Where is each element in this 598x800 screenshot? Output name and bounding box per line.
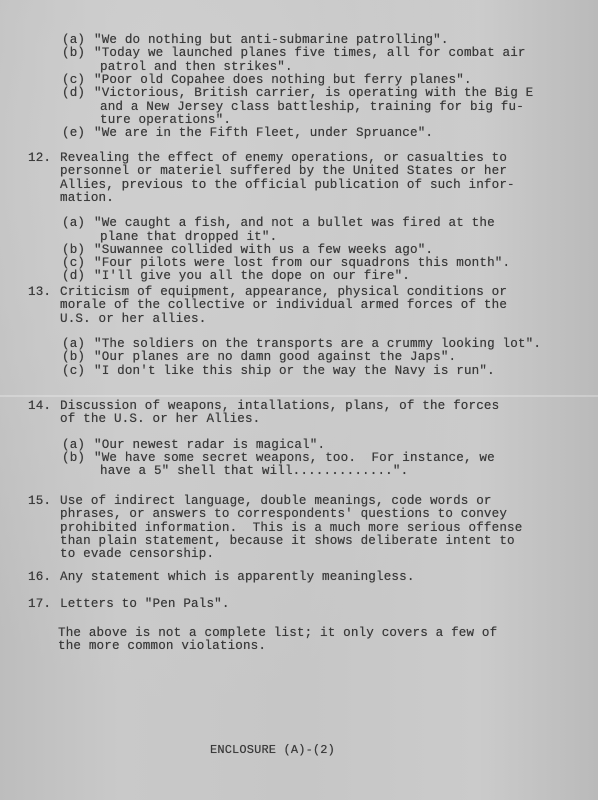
section-text: morale of the collective or individual a… [60, 298, 507, 312]
item-text: patrol and then strikes". [100, 60, 293, 74]
item-label: (a) [62, 216, 85, 230]
item-text: have a 5" shell that will.............". [100, 464, 408, 478]
item-label: (e) [62, 126, 85, 140]
item-label: (a) [62, 438, 85, 452]
enclosure-footer: ENCLOSURE (A)-(2) [210, 743, 335, 757]
closing-note: The above is not a complete list; it onl… [58, 626, 497, 640]
section-text: Revealing the effect of enemy operations… [60, 151, 507, 165]
section-number: 12. [28, 151, 51, 165]
section-text: Criticism of equipment, appearance, phys… [60, 285, 507, 299]
section-text: Any statement which is apparently meanin… [60, 570, 415, 584]
item-label: (a) [62, 337, 85, 351]
item-label: (c) [62, 364, 85, 378]
item-label: (b) [62, 243, 85, 257]
item-label: (b) [62, 46, 85, 60]
section-text: prohibited information. This is a much m… [60, 521, 522, 535]
section-text: Use of indirect language, double meaning… [60, 494, 492, 508]
item-text: "I'll give you all the dope on our fire"… [94, 269, 410, 283]
item-text: "Our newest radar is magical". [94, 438, 325, 452]
section-number: 17. [28, 597, 51, 611]
item-text: "I don't like this ship or the way the N… [94, 364, 495, 378]
section-number: 16. [28, 570, 51, 584]
item-text: plane that dropped it". [100, 230, 277, 244]
section-text: than plain statement, because it shows d… [60, 534, 515, 548]
section-number: 13. [28, 285, 51, 299]
closing-note: the more common violations. [58, 639, 266, 653]
item-text: "Four pilots were lost from our squadron… [94, 256, 510, 270]
section-text: Allies, previous to the official publica… [60, 178, 515, 192]
section-text: phrases, or answers to correspondents' q… [60, 507, 507, 521]
section-text: U.S. or her allies. [60, 312, 206, 326]
item-text: ture operations". [100, 113, 231, 127]
item-text: "Suwannee collided with us a few weeks a… [94, 243, 433, 257]
item-label: (a) [62, 33, 85, 47]
section-number: 14. [28, 399, 51, 413]
paper-fold [0, 395, 598, 397]
item-label: (c) [62, 73, 85, 87]
item-text: "We have some secret weapons, too. For i… [94, 451, 495, 465]
section-text: mation. [60, 191, 114, 205]
item-text: "We are in the Fifth Fleet, under Spruan… [94, 126, 433, 140]
section-text: of the U.S. or her Allies. [60, 412, 260, 426]
item-text: "We do nothing but anti-submarine patrol… [94, 33, 449, 47]
item-label: (d) [62, 86, 85, 100]
item-text: "Our planes are no damn good against the… [94, 350, 456, 364]
item-label: (b) [62, 451, 85, 465]
section-text: Discussion of weapons, intallations, pla… [60, 399, 499, 413]
item-text: "Today we launched planes five times, al… [94, 46, 526, 60]
section-text: to evade censorship. [60, 547, 214, 561]
section-number: 15. [28, 494, 51, 508]
item-label: (b) [62, 350, 85, 364]
item-text: and a New Jersey class battleship, train… [100, 100, 524, 114]
item-text: "Poor old Copahee does nothing but ferry… [94, 73, 472, 87]
section-text: personnel or materiel suffered by the Un… [60, 164, 507, 178]
section-text: Letters to "Pen Pals". [60, 597, 230, 611]
item-text: "Victorious, British carrier, is operati… [94, 86, 533, 100]
item-text: "The soldiers on the transports are a cr… [94, 337, 541, 351]
item-label: (c) [62, 256, 85, 270]
item-text: "We caught a fish, and not a bullet was … [94, 216, 495, 230]
document-page: (a)"We do nothing but anti-submarine pat… [0, 0, 598, 800]
item-label: (d) [62, 269, 85, 283]
